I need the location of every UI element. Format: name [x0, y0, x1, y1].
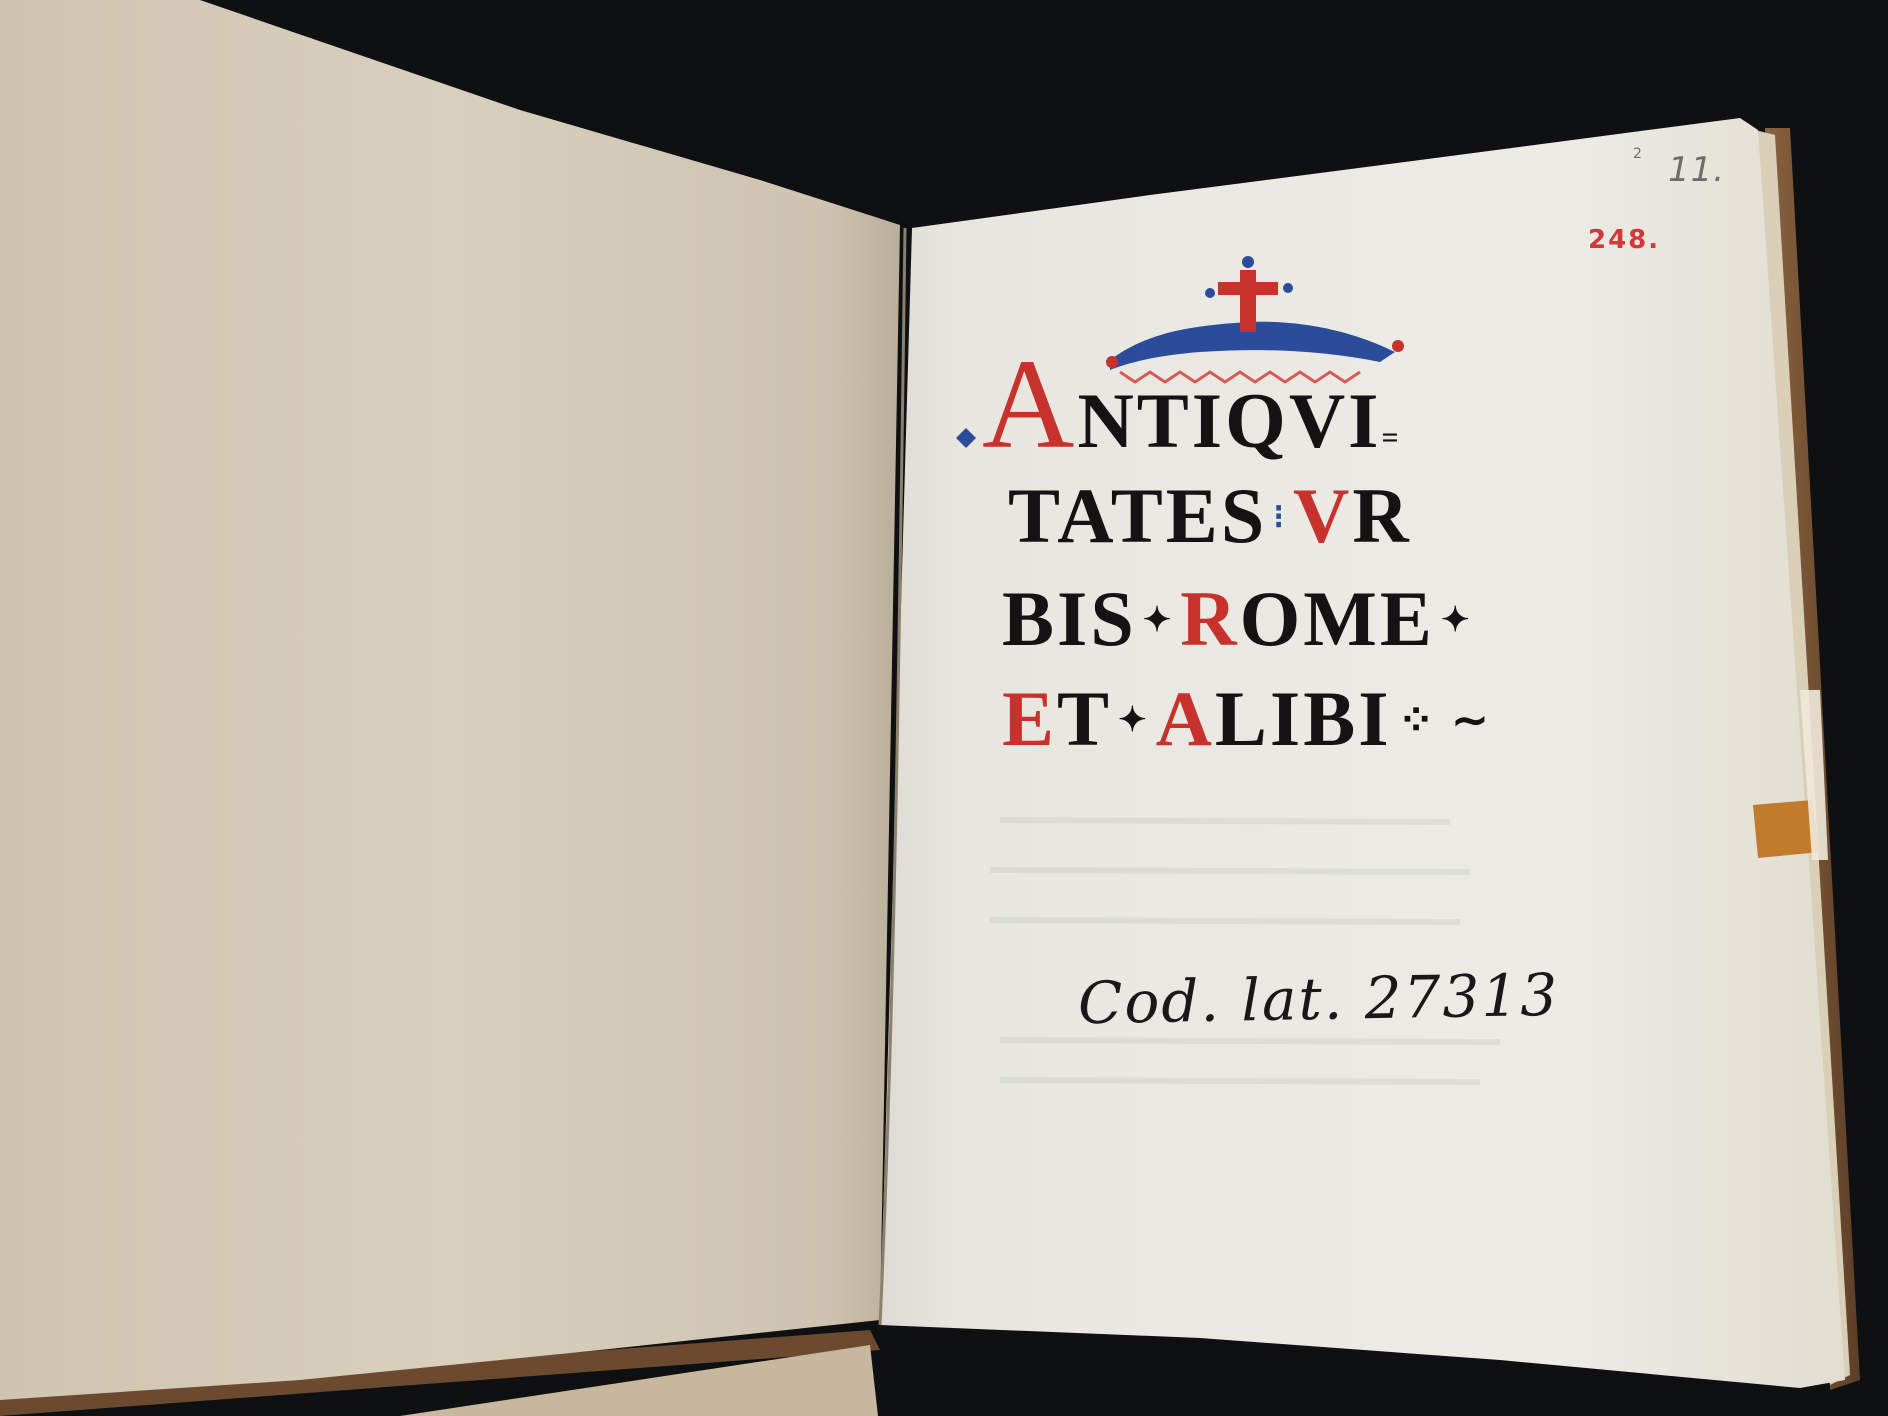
title-text: NTIQVI [1077, 377, 1381, 464]
title-line-2: TATES⁝VR [1008, 477, 1412, 555]
red-initial: R [1180, 575, 1239, 662]
diamond-ornament: ✦ [1143, 602, 1175, 639]
line-hyphen: = [1382, 421, 1402, 454]
title-text: LIBI [1215, 675, 1392, 762]
title-text: T [1057, 675, 1112, 762]
red-page-number: 248. [1588, 225, 1660, 255]
red-initial: A [1156, 675, 1215, 762]
pencil-mark-small: 2 [1633, 146, 1642, 162]
punctus-ornament: ⁝ [1273, 499, 1287, 536]
manuscript-photo: 2 11. 248. ANTIQVI= TATES⁝VR BIS✦ROME✦ E… [0, 0, 1888, 1416]
red-initial: E [1002, 675, 1057, 762]
flourish-ornament: ⁘ ∼ [1398, 696, 1492, 745]
title-line-1: ANTIQVI= [982, 340, 1402, 468]
diamond-ornament: ✦ [1118, 702, 1150, 739]
book-geometry [0, 0, 1888, 1416]
shelfmark: Cod. lat. 27313 [1077, 961, 1559, 1037]
title-text: BIS [1002, 575, 1137, 662]
title-text: TATES [1008, 472, 1267, 559]
left-page [0, 0, 900, 1400]
illuminated-initial-a: A [982, 333, 1077, 475]
pencil-folio-number: 11. [1668, 150, 1725, 190]
title-text: OME [1240, 575, 1435, 662]
title-line-4: ET✦ALIBI⁘ ∼ [1002, 680, 1497, 758]
title-text: R [1352, 472, 1411, 559]
diamond-ornament: ✦ [1441, 602, 1473, 639]
red-initial: V [1293, 472, 1352, 559]
title-line-3: BIS✦ROME✦ [1002, 580, 1478, 658]
